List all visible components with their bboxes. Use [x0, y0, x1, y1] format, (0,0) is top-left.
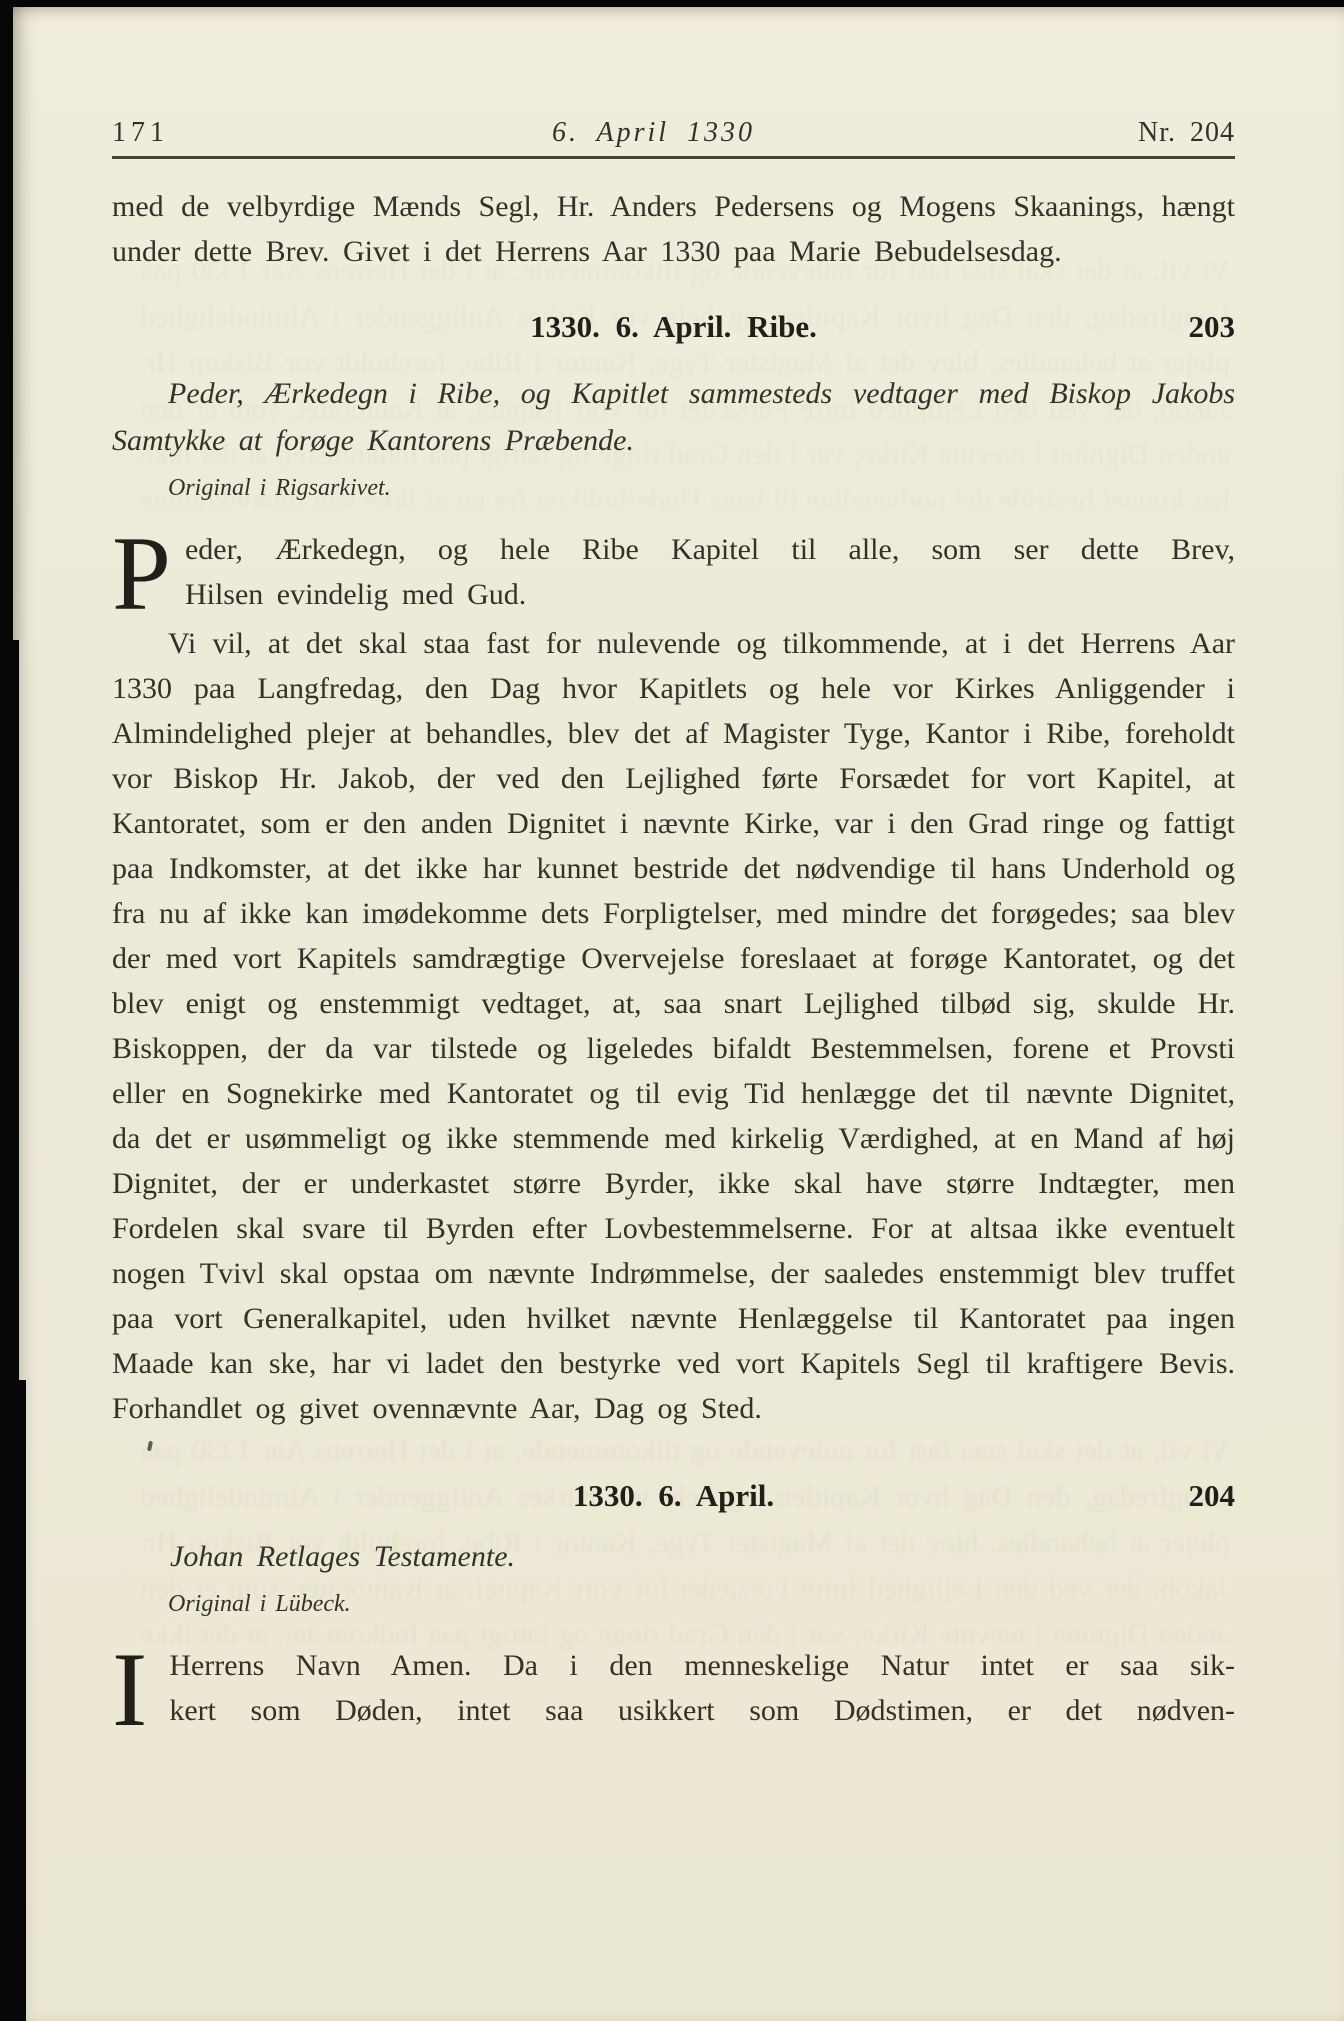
body-line: kert som Døden, intet saa usikkert som D… — [112, 1688, 1235, 1733]
entry-204-summary: Johan Retlages Testamente. — [170, 1533, 1235, 1580]
salutation-line: Hilsen evindelig med Gud. — [112, 572, 1235, 617]
page-header: 171 6. April 1330 Nr. 204 — [112, 118, 1235, 148]
entry-203-date: 1330. 6. April. Ribe. — [530, 309, 817, 344]
entry-203-number: 203 — [1189, 310, 1236, 344]
continuation-paragraph: med de velbyrdige Mænds Segl, Hr. Anders… — [112, 184, 1235, 274]
entry-203-provenance: Original i Rigsarkivet. — [168, 473, 1235, 503]
page-number: 171 — [112, 118, 169, 148]
document-number-label: Nr. 204 — [1138, 118, 1235, 148]
header-rule — [112, 156, 1235, 159]
entry-204-date: 1330. 6. April. — [573, 1478, 774, 1513]
scan-edge-shadow — [0, 1380, 26, 2021]
entry-204-provenance: Original i Lübeck. — [168, 1589, 1235, 1619]
entry-204-heading: 1330. 6. April. 204 — [112, 1479, 1235, 1513]
entry-203-summary: Peder, Ærkedegn i Ribe, og Kapitlet samm… — [112, 370, 1235, 464]
entry-204-opening: I Herrens Navn Amen. Da i den menneskeli… — [112, 1643, 1235, 1733]
entry-203-salutation: P eder, Ærkedegn, og hele Ribe Kapitel t… — [112, 527, 1235, 617]
page-content: 171 6. April 1330 Nr. 204 med de velbyrd… — [112, 118, 1235, 1733]
salutation-line: eder, Ærkedegn, og hele Ribe Kapitel til… — [112, 527, 1235, 572]
running-title: 6. April 1330 — [552, 118, 755, 148]
drop-cap-initial: P — [112, 527, 185, 615]
scan-edge-shadow — [0, 640, 19, 1400]
body-line: Herrens Navn Amen. Da i den menneskelige… — [112, 1643, 1235, 1688]
entry-203-body: Vi vil, at det skal staa fast for nuleve… — [112, 621, 1235, 1431]
entry-204-number: 204 — [1189, 1479, 1236, 1513]
entry-203-heading: 1330. 6. April. Ribe. 203 — [112, 310, 1235, 344]
drop-cap-initial: I — [112, 1643, 169, 1731]
